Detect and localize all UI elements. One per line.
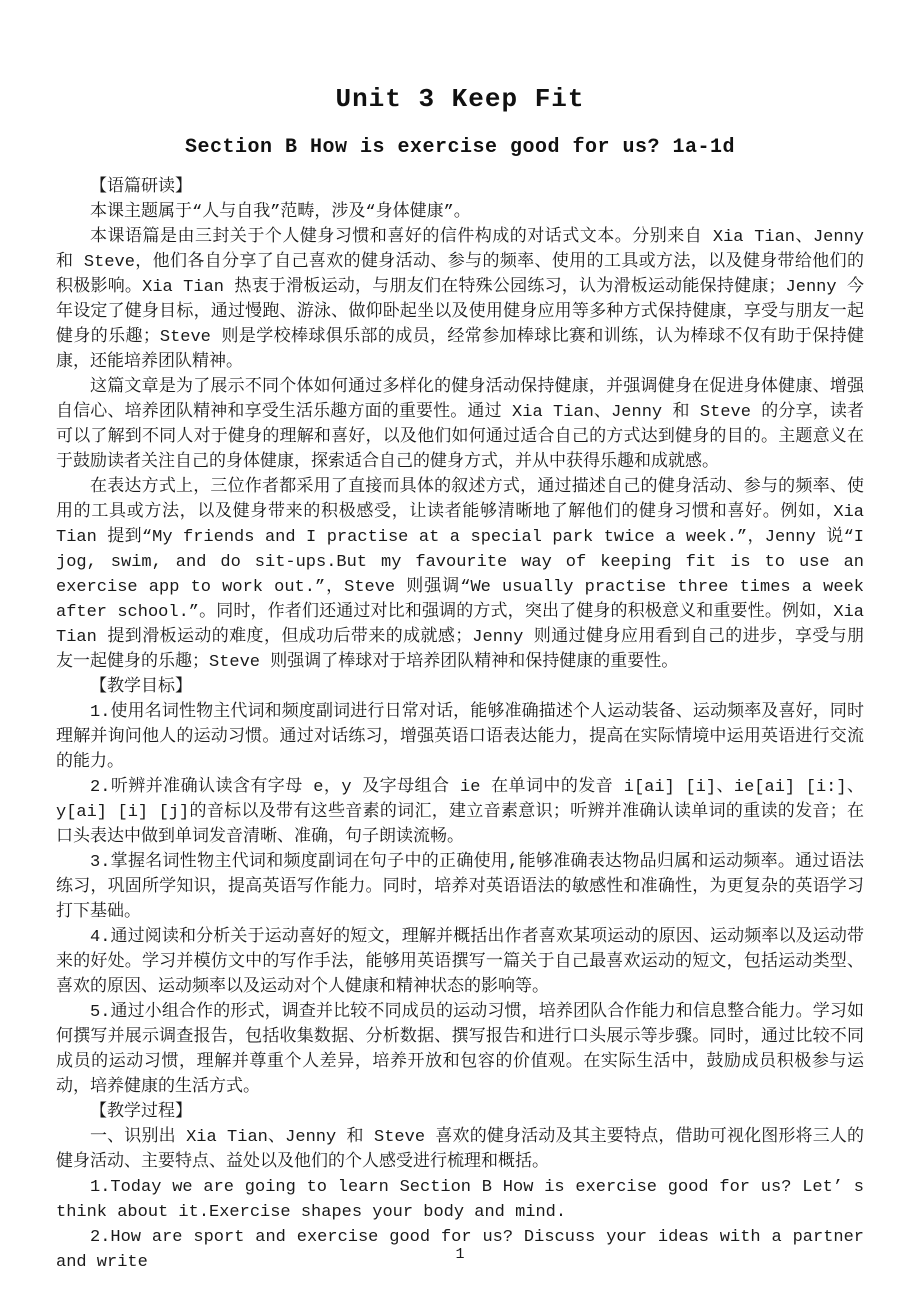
paragraph: 1.使用名词性物主代词和频度副词进行日常对话，能够准确描述个人运动装备、运动频率… bbox=[56, 700, 864, 775]
document-body: 【语篇研读】本课主题属于“人与自我”范畴，涉及“身体健康”。本课语篇是由三封关于… bbox=[56, 175, 864, 1275]
paragraph: 3.掌握名词性物主代词和频度副词在句子中的正确使用,能够准确表达物品归属和运动频… bbox=[56, 850, 864, 925]
paragraph: 4.通过阅读和分析关于运动喜好的短文，理解并概括出作者喜欢某项运动的原因、运动频… bbox=[56, 925, 864, 1000]
paragraph: 1.Today we are going to learn Section B … bbox=[56, 1175, 864, 1225]
paragraph: 本课语篇是由三封关于个人健身习惯和喜好的信件构成的对话式文本。分别来自 Xia … bbox=[56, 225, 864, 375]
paragraph: 一、识别出 Xia Tian、Jenny 和 Steve 喜欢的健身活动及其主要… bbox=[56, 1125, 864, 1175]
document-page: Unit 3 Keep Fit Section B How is exercis… bbox=[0, 0, 920, 1302]
paragraph: 【教学过程】 bbox=[56, 1100, 864, 1125]
paragraph: 在表达方式上，三位作者都采用了直接而具体的叙述方式，通过描述自己的健身活动、参与… bbox=[56, 475, 864, 675]
paragraph: 本课主题属于“人与自我”范畴，涉及“身体健康”。 bbox=[56, 200, 864, 225]
document-title: Unit 3 Keep Fit bbox=[56, 84, 864, 114]
paragraph: 这篇文章是为了展示不同个体如何通过多样化的健身活动保持健康，并强调健身在促进身体… bbox=[56, 375, 864, 475]
page-number: 1 bbox=[0, 1246, 920, 1263]
paragraph: 5.通过小组合作的形式，调查并比较不同成员的运动习惯，培养团队合作能力和信息整合… bbox=[56, 1000, 864, 1100]
paragraph: 【教学目标】 bbox=[56, 675, 864, 700]
paragraph: 【语篇研读】 bbox=[56, 175, 864, 200]
document-subtitle: Section B How is exercise good for us? 1… bbox=[56, 136, 864, 159]
paragraph: 2.听辨并准确认读含有字母 e，y 及字母组合 ie 在单词中的发音 i[ai]… bbox=[56, 775, 864, 850]
